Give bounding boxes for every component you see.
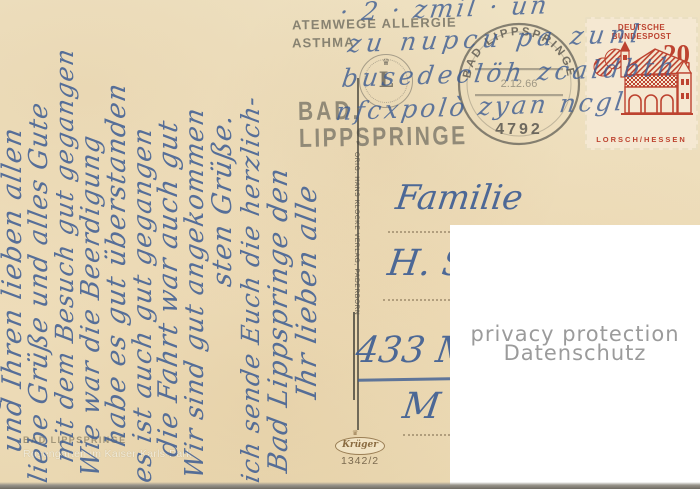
- message-line: habe es gut überstanden: [102, 80, 132, 489]
- message-line: ich sende Euch die herzlich-: [236, 93, 266, 489]
- publisher-crown-icon: ♛: [352, 429, 358, 437]
- privacy-line-2: Datenschutz: [450, 344, 700, 363]
- publisher-card-number: 1342/2: [341, 455, 379, 467]
- address-line-1: Familie: [393, 178, 525, 218]
- privacy-text: privacy protection Datenschutz: [450, 325, 700, 363]
- address-dotted-line: [403, 434, 450, 436]
- address-line-4: M: [400, 386, 443, 427]
- message-line: die Fahrt war auch gut: [154, 118, 184, 489]
- card-edge-shadow: [0, 482, 700, 489]
- message-line: liebe Grüße und alles Gute: [24, 100, 54, 489]
- address-underline: [358, 377, 450, 381]
- slogan-cancel-line2: ASTHMA: [292, 34, 355, 50]
- message-line: und guten Rutsch. Walter: [0, 96, 2, 489]
- cds-postal-code: 4792: [495, 121, 543, 138]
- message-line: Wie war die Beerdigung: [76, 132, 106, 489]
- message-line: und Ihren lieben allen: [0, 125, 28, 489]
- message-line: mit dem Besuch gut gegangen: [50, 46, 80, 489]
- privacy-overlay: privacy protection Datenschutz: [450, 225, 700, 489]
- town-cancel-line2: LIPPSPRINGE: [299, 122, 468, 155]
- message-line: es ist auch gut gegangen: [128, 125, 158, 489]
- postcard-back-scan: ATEMWEGE ALLERGIE ASTHMA ♛ L BAD. LIPPSP…: [0, 0, 700, 489]
- message-line: Ihr lieben alle: [292, 182, 322, 489]
- publisher-logo: Krüger: [335, 437, 385, 455]
- address-dotted-line: [383, 299, 450, 301]
- message-line: Bad Lippspringe den: [264, 165, 294, 489]
- message-line: sten Grüße.: [208, 112, 238, 489]
- message-line: Wir sind gut angekommen: [180, 105, 210, 489]
- address-dotted-line: [388, 231, 450, 233]
- stamp-caption: LORSCH/HESSEN: [587, 135, 696, 144]
- publisher-imprint: ORIG. HANS KLOCKE VERLAG, PADERBORN: [353, 152, 360, 315]
